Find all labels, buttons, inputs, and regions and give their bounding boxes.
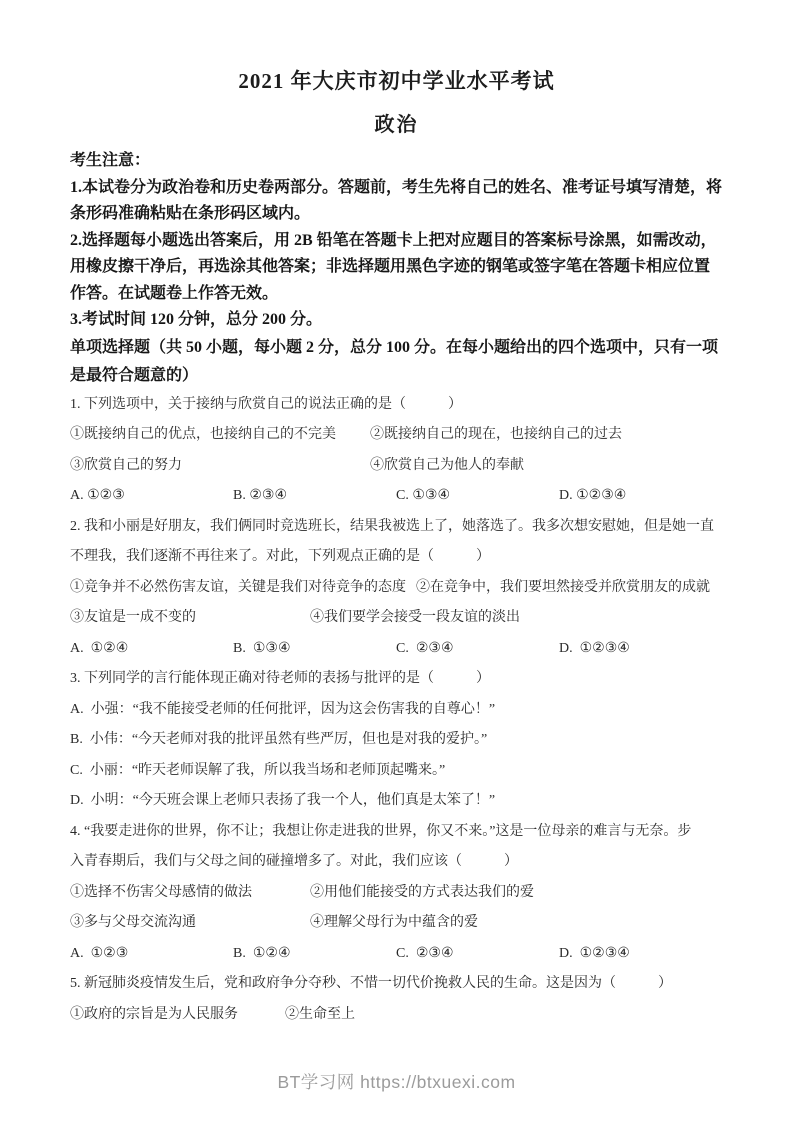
section-header: 单项选择题（共 50 小题，每小题 2 分，总分 100 分。在每小题给出的四个… (70, 334, 723, 390)
question-2: 2. 我和小丽是好朋友，我们俩同时竞选班长，结果我被选上了，她落选了。我多次想安… (70, 512, 723, 665)
question-5-suboption-row: ①政府的宗旨是为人民服务②生命至上 (70, 1000, 723, 1031)
question-2-stem-line: 不理我，我们逐渐不再往来了。对此，下列观点正确的是（ ） (70, 542, 723, 573)
question-4-choice-row: A. ①②③B. ①②④C. ②③④D. ①②③④ (70, 939, 723, 970)
question-3-option-d: D. 小明：“今天班会课上老师只表扬了我一个人，他们真是太笨了！” (70, 786, 723, 817)
choice-a: A. ①②③ (70, 481, 233, 512)
suboption-2: ②用他们能接受的方式表达我们的爱 (310, 885, 534, 900)
suboption-2: ②既接纳自己的现在，也接纳自己的过去 (370, 427, 622, 442)
suboption-3: ③多与父母交流沟通 (70, 908, 310, 939)
choice-c: C. ②③④ (396, 634, 559, 665)
question-5-stem: 5. 新冠肺炎疫情发生后，党和政府争分夺秒、不惜一切代价挽救人民的生命。这是因为… (70, 969, 723, 1000)
suboption-1: ①既接纳自己的优点，也接纳自己的不完美 (70, 420, 370, 451)
exam-page: 2021 年大庆市初中学业水平考试 政治 考生注意： 1.本试卷分为政治卷和历史… (0, 0, 793, 1122)
suboption-4: ④理解父母行为中蕴含的爱 (310, 915, 478, 930)
question-3-option-c: C. 小丽：“昨天老师误解了我，所以我当场和老师顶起嘴来。” (70, 756, 723, 787)
question-1-suboption-row: ①既接纳自己的优点，也接纳自己的不完美②既接纳自己的现在，也接纳自己的过去 (70, 420, 723, 451)
suboption-1: ①选择不伤害父母感情的做法 (70, 878, 310, 909)
page-title: 2021 年大庆市初中学业水平考试 (70, 66, 723, 96)
question-3-option-b: B. 小伟：“今天老师对我的批评虽然有些严厉，但也是对我的爱护。” (70, 725, 723, 756)
question-5: 5. 新冠肺炎疫情发生后，党和政府争分夺秒、不惜一切代价挽救人民的生命。这是因为… (70, 969, 723, 1030)
page-subject: 政治 (70, 110, 723, 140)
suboption-3: ③欣赏自己的努力 (70, 451, 370, 482)
question-2-suboption-row: ①竞争并不必然伤害友谊，关键是我们对待竞争的态度②在竞争中，我们要坦然接受并欣赏… (70, 573, 723, 604)
notice-line: 3.考试时间 120 分钟，总分 200 分。 (70, 307, 723, 334)
choice-a: A. ①②④ (70, 634, 233, 665)
section-header-line: 单项选择题（共 50 小题，每小题 2 分，总分 100 分。在每小题给出的四个… (70, 334, 723, 362)
choice-a: A. ①②③ (70, 939, 233, 970)
question-4-suboption-row: ①选择不伤害父母感情的做法②用他们能接受的方式表达我们的爱 (70, 878, 723, 909)
question-4-stem-line: 4. “我要走进你的世界，你不让；我想让你走进我的世界，你又不来。”这是一位母亲… (70, 817, 723, 848)
suboption-4: ④我们要学会接受一段友谊的淡出 (310, 610, 520, 625)
suboption-1: ①竞争并不必然伤害友谊，关键是我们对待竞争的态度 (70, 580, 406, 595)
question-2-suboption-row: ③友谊是一成不变的④我们要学会接受一段友谊的淡出 (70, 603, 723, 634)
notice-line: 2.选择题每小题选出答案后，用 2B 铅笔在答题卡上把对应题目的答案标号涂黑，如… (70, 228, 723, 255)
watermark-text: BT学习网 https://btxuexi.com (277, 1072, 515, 1092)
choice-b: B. ②③④ (233, 481, 396, 512)
choice-d: D. ①②③④ (559, 939, 722, 970)
notice-heading: 考生注意： (70, 148, 723, 175)
question-1: 1. 下列选项中，关于接纳与欣赏自己的说法正确的是（ ） ①既接纳自己的优点，也… (70, 390, 723, 512)
question-2-stem-line: 2. 我和小丽是好朋友，我们俩同时竞选班长，结果我被选上了，她落选了。我多次想安… (70, 512, 723, 543)
question-3-option-a: A. 小强：“我不能接受老师的任何批评，因为这会伤害我的自尊心！” (70, 695, 723, 726)
question-3: 3. 下列同学的言行能体现正确对待老师的表扬与批评的是（ ） A. 小强：“我不… (70, 664, 723, 817)
section-header-line: 是最符合题意的） (70, 362, 723, 390)
question-1-choice-row: A. ①②③B. ②③④C. ①③④D. ①②③④ (70, 481, 723, 512)
notice-line: 作答。在试题卷上作答无效。 (70, 281, 723, 308)
choice-c: C. ②③④ (396, 939, 559, 970)
suboption-2: ②生命至上 (285, 1007, 355, 1022)
choice-b: B. ①③④ (233, 634, 396, 665)
question-1-suboption-row: ③欣赏自己的努力④欣赏自己为他人的奉献 (70, 451, 723, 482)
notice-section: 考生注意： 1.本试卷分为政治卷和历史卷两部分。答题前，考生先将自己的姓名、准考… (70, 148, 723, 334)
question-1-stem: 1. 下列选项中，关于接纳与欣赏自己的说法正确的是（ ） (70, 390, 723, 421)
choice-d: D. ①②③④ (559, 634, 722, 665)
notice-line: 用橡皮擦干净后，再选涂其他答案；非选择题用黑色字迹的钢笔或签字笔在答题卡相应位置 (70, 254, 723, 281)
question-3-stem: 3. 下列同学的言行能体现正确对待老师的表扬与批评的是（ ） (70, 664, 723, 695)
question-4-suboption-row: ③多与父母交流沟通④理解父母行为中蕴含的爱 (70, 908, 723, 939)
notice-line: 1.本试卷分为政治卷和历史卷两部分。答题前，考生先将自己的姓名、准考证号填写清楚… (70, 175, 723, 202)
suboption-1: ①政府的宗旨是为人民服务 (70, 1000, 285, 1031)
choice-c: C. ①③④ (396, 481, 559, 512)
choice-d: D. ①②③④ (559, 481, 722, 512)
question-4: 4. “我要走进你的世界，你不让；我想让你走进我的世界，你又不来。”这是一位母亲… (70, 817, 723, 970)
question-4-stem-line: 入青春期后，我们与父母之间的碰撞增多了。对此，我们应该（ ） (70, 847, 723, 878)
notice-line: 条形码准确粘贴在条形码区域内。 (70, 201, 723, 228)
suboption-4: ④欣赏自己为他人的奉献 (370, 458, 524, 473)
choice-b: B. ①②④ (233, 939, 396, 970)
question-2-choice-row: A. ①②④B. ①③④C. ②③④D. ①②③④ (70, 634, 723, 665)
suboption-2: ②在竞争中，我们要坦然接受并欣赏朋友的成就 (416, 580, 710, 595)
watermark-footer: BT学习网 https://btxuexi.com (0, 1069, 793, 1094)
page-content: 2021 年大庆市初中学业水平考试 政治 考生注意： 1.本试卷分为政治卷和历史… (0, 0, 793, 1030)
suboption-3: ③友谊是一成不变的 (70, 603, 310, 634)
question-list: 1. 下列选项中，关于接纳与欣赏自己的说法正确的是（ ） ①既接纳自己的优点，也… (70, 390, 723, 1031)
